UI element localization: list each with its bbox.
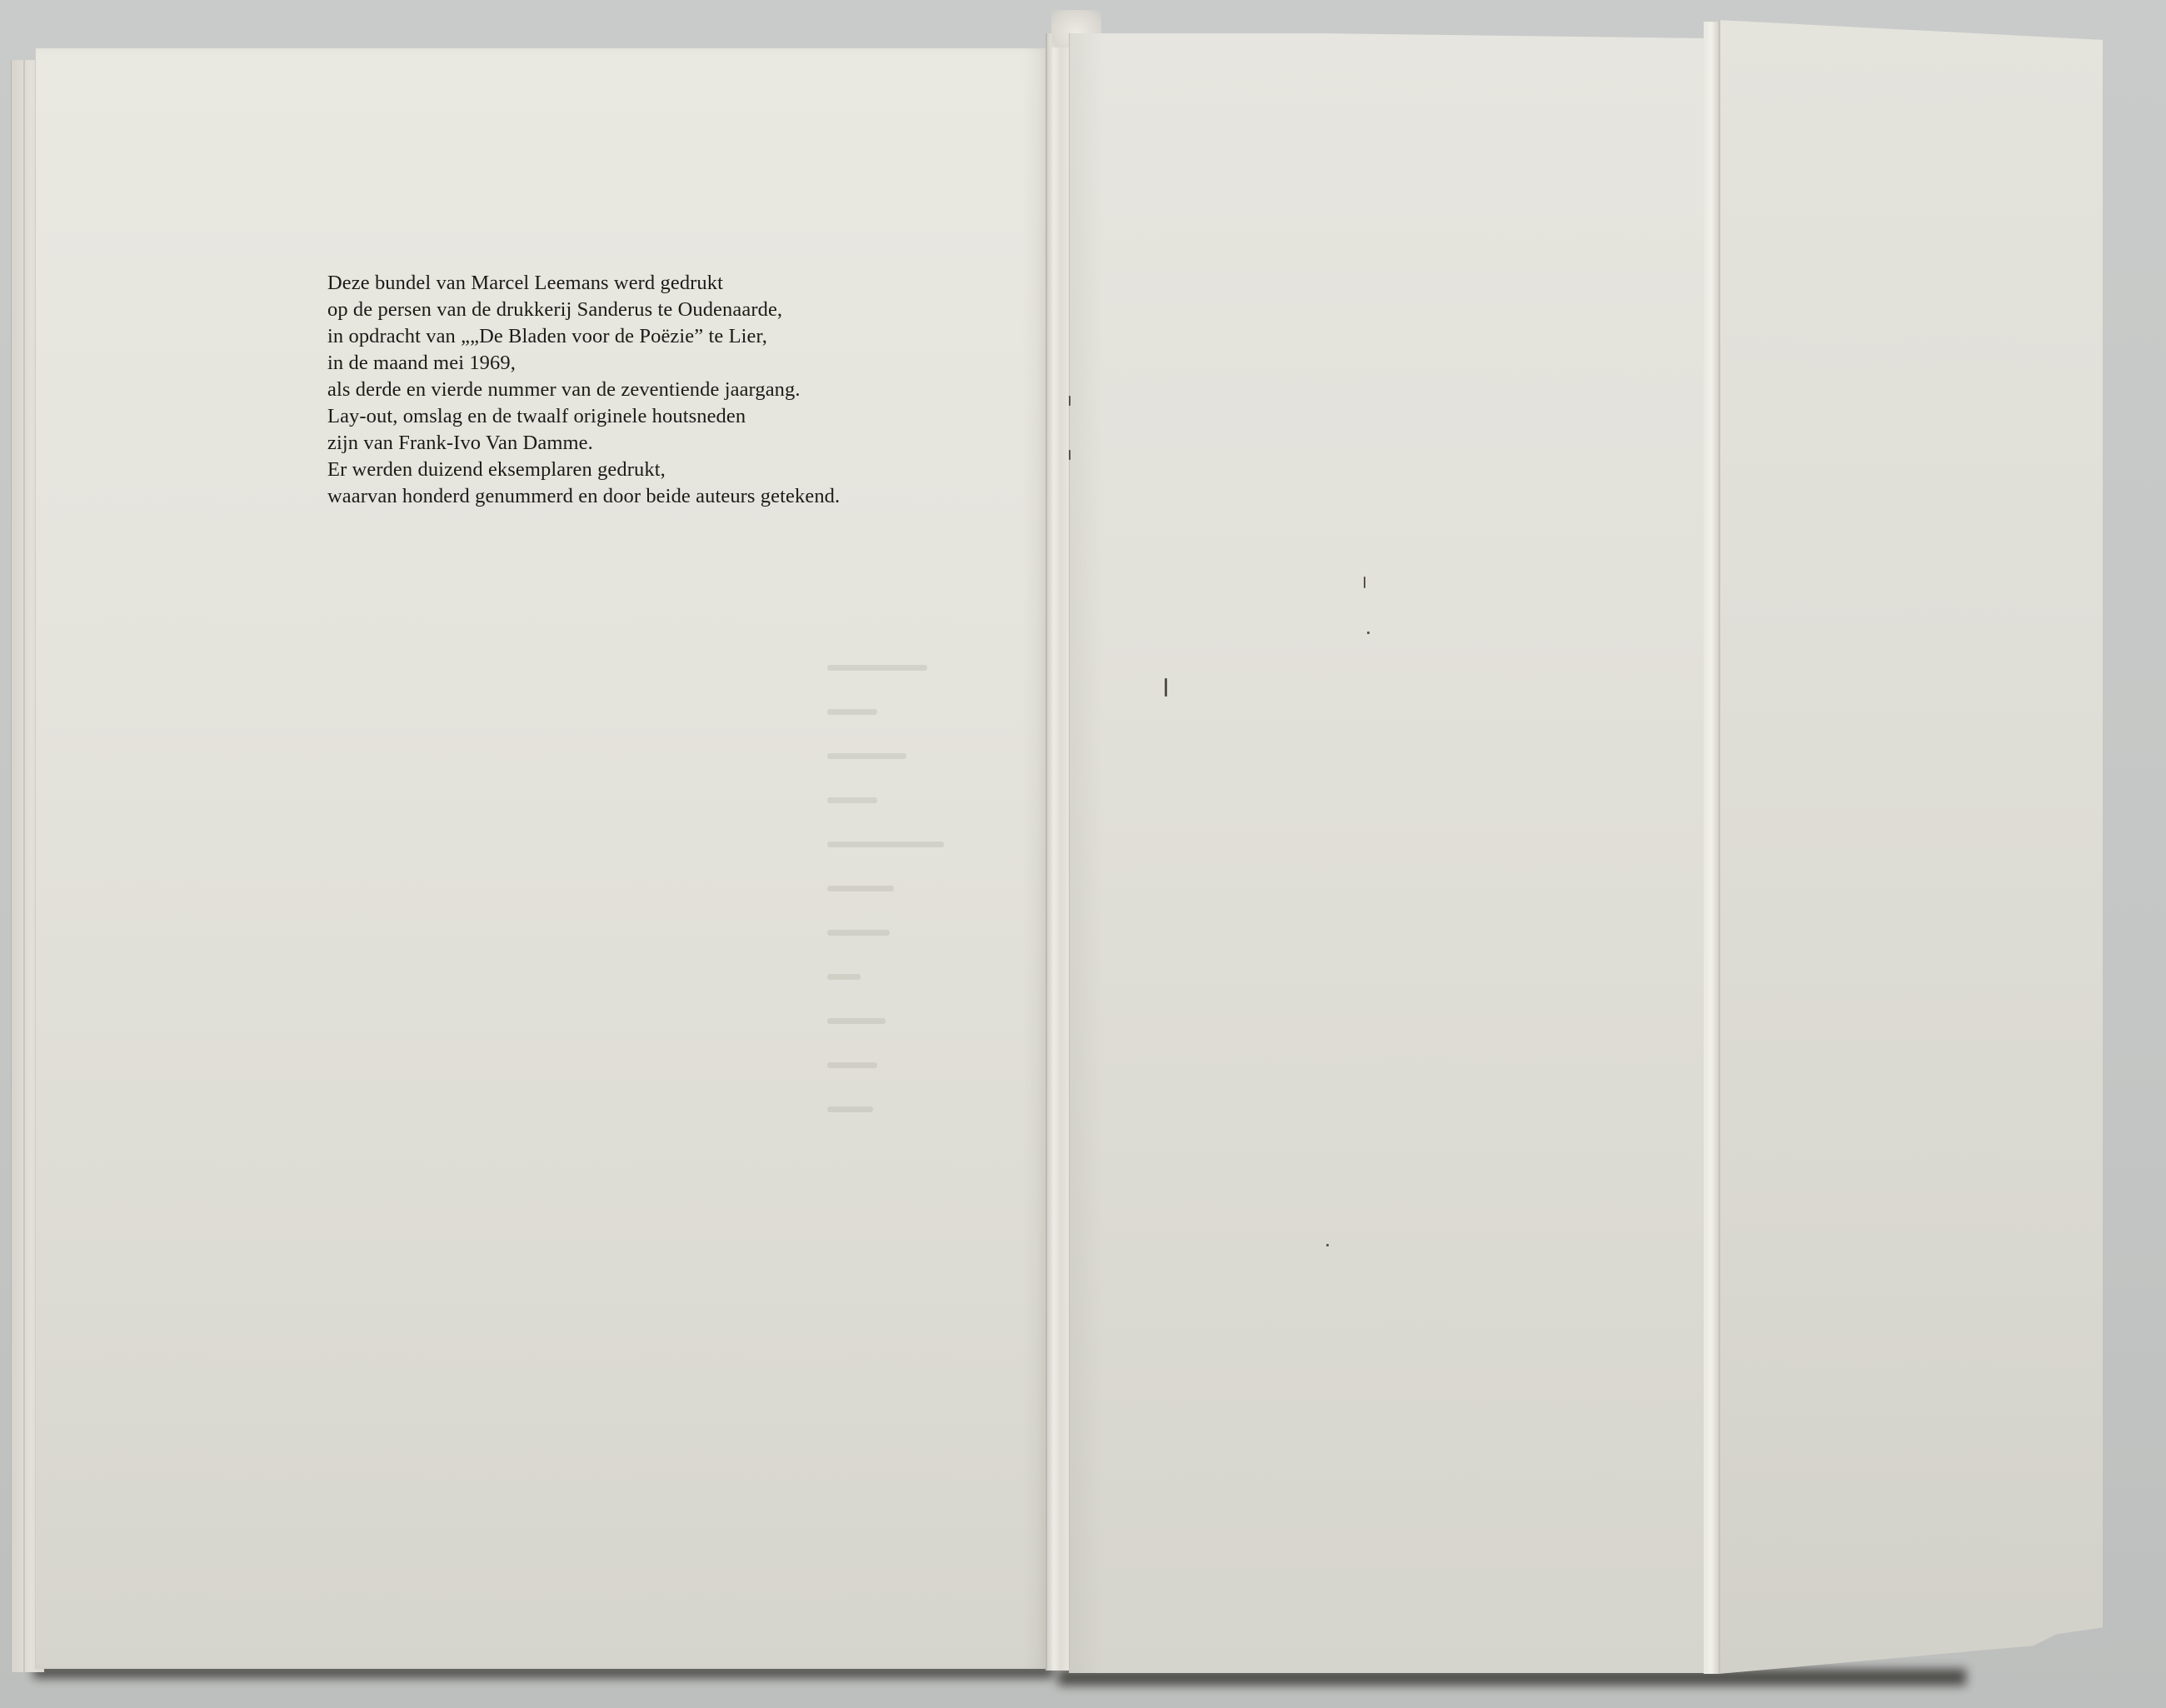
cover-flap [1719,20,2103,1674]
flap-gap [1704,22,1719,1674]
colophon-line: Deze bundel van Marcel Leemans werd gedr… [327,270,911,297]
colophon-line: waarvan honderd genummerd en door beide … [327,483,911,510]
colophon-line: in de maand mei 1969, [327,350,911,377]
paper-speck [1367,632,1370,634]
colophon-line: op de persen van de drukkerij Sanderus t… [327,297,911,323]
paper-speck [1364,577,1365,588]
left-page: Deze bundel van Marcel Leemans werd gedr… [35,48,1047,1669]
colophon-text: Deze bundel van Marcel Leemans werd gedr… [327,270,911,510]
colophon-line: zijn van Frank-Ivo Van Damme. [327,430,911,457]
paper-speck [1165,678,1167,697]
colophon-line: Lay-out, omslag en de twaalf originele h… [327,403,911,430]
paper-speck [1326,1244,1329,1246]
right-page [1069,33,1704,1673]
colophon-line: Er werden duizend eksemplaren gedrukt, [327,457,911,483]
colophon-line: als derde en vierde nummer van de zevent… [327,377,911,403]
colophon-line: in opdracht van „„De Bladen voor de Poëz… [327,323,911,350]
page-edge-line [23,60,25,1672]
show-through-text [827,665,1019,1151]
book-spine [1046,33,1071,1671]
